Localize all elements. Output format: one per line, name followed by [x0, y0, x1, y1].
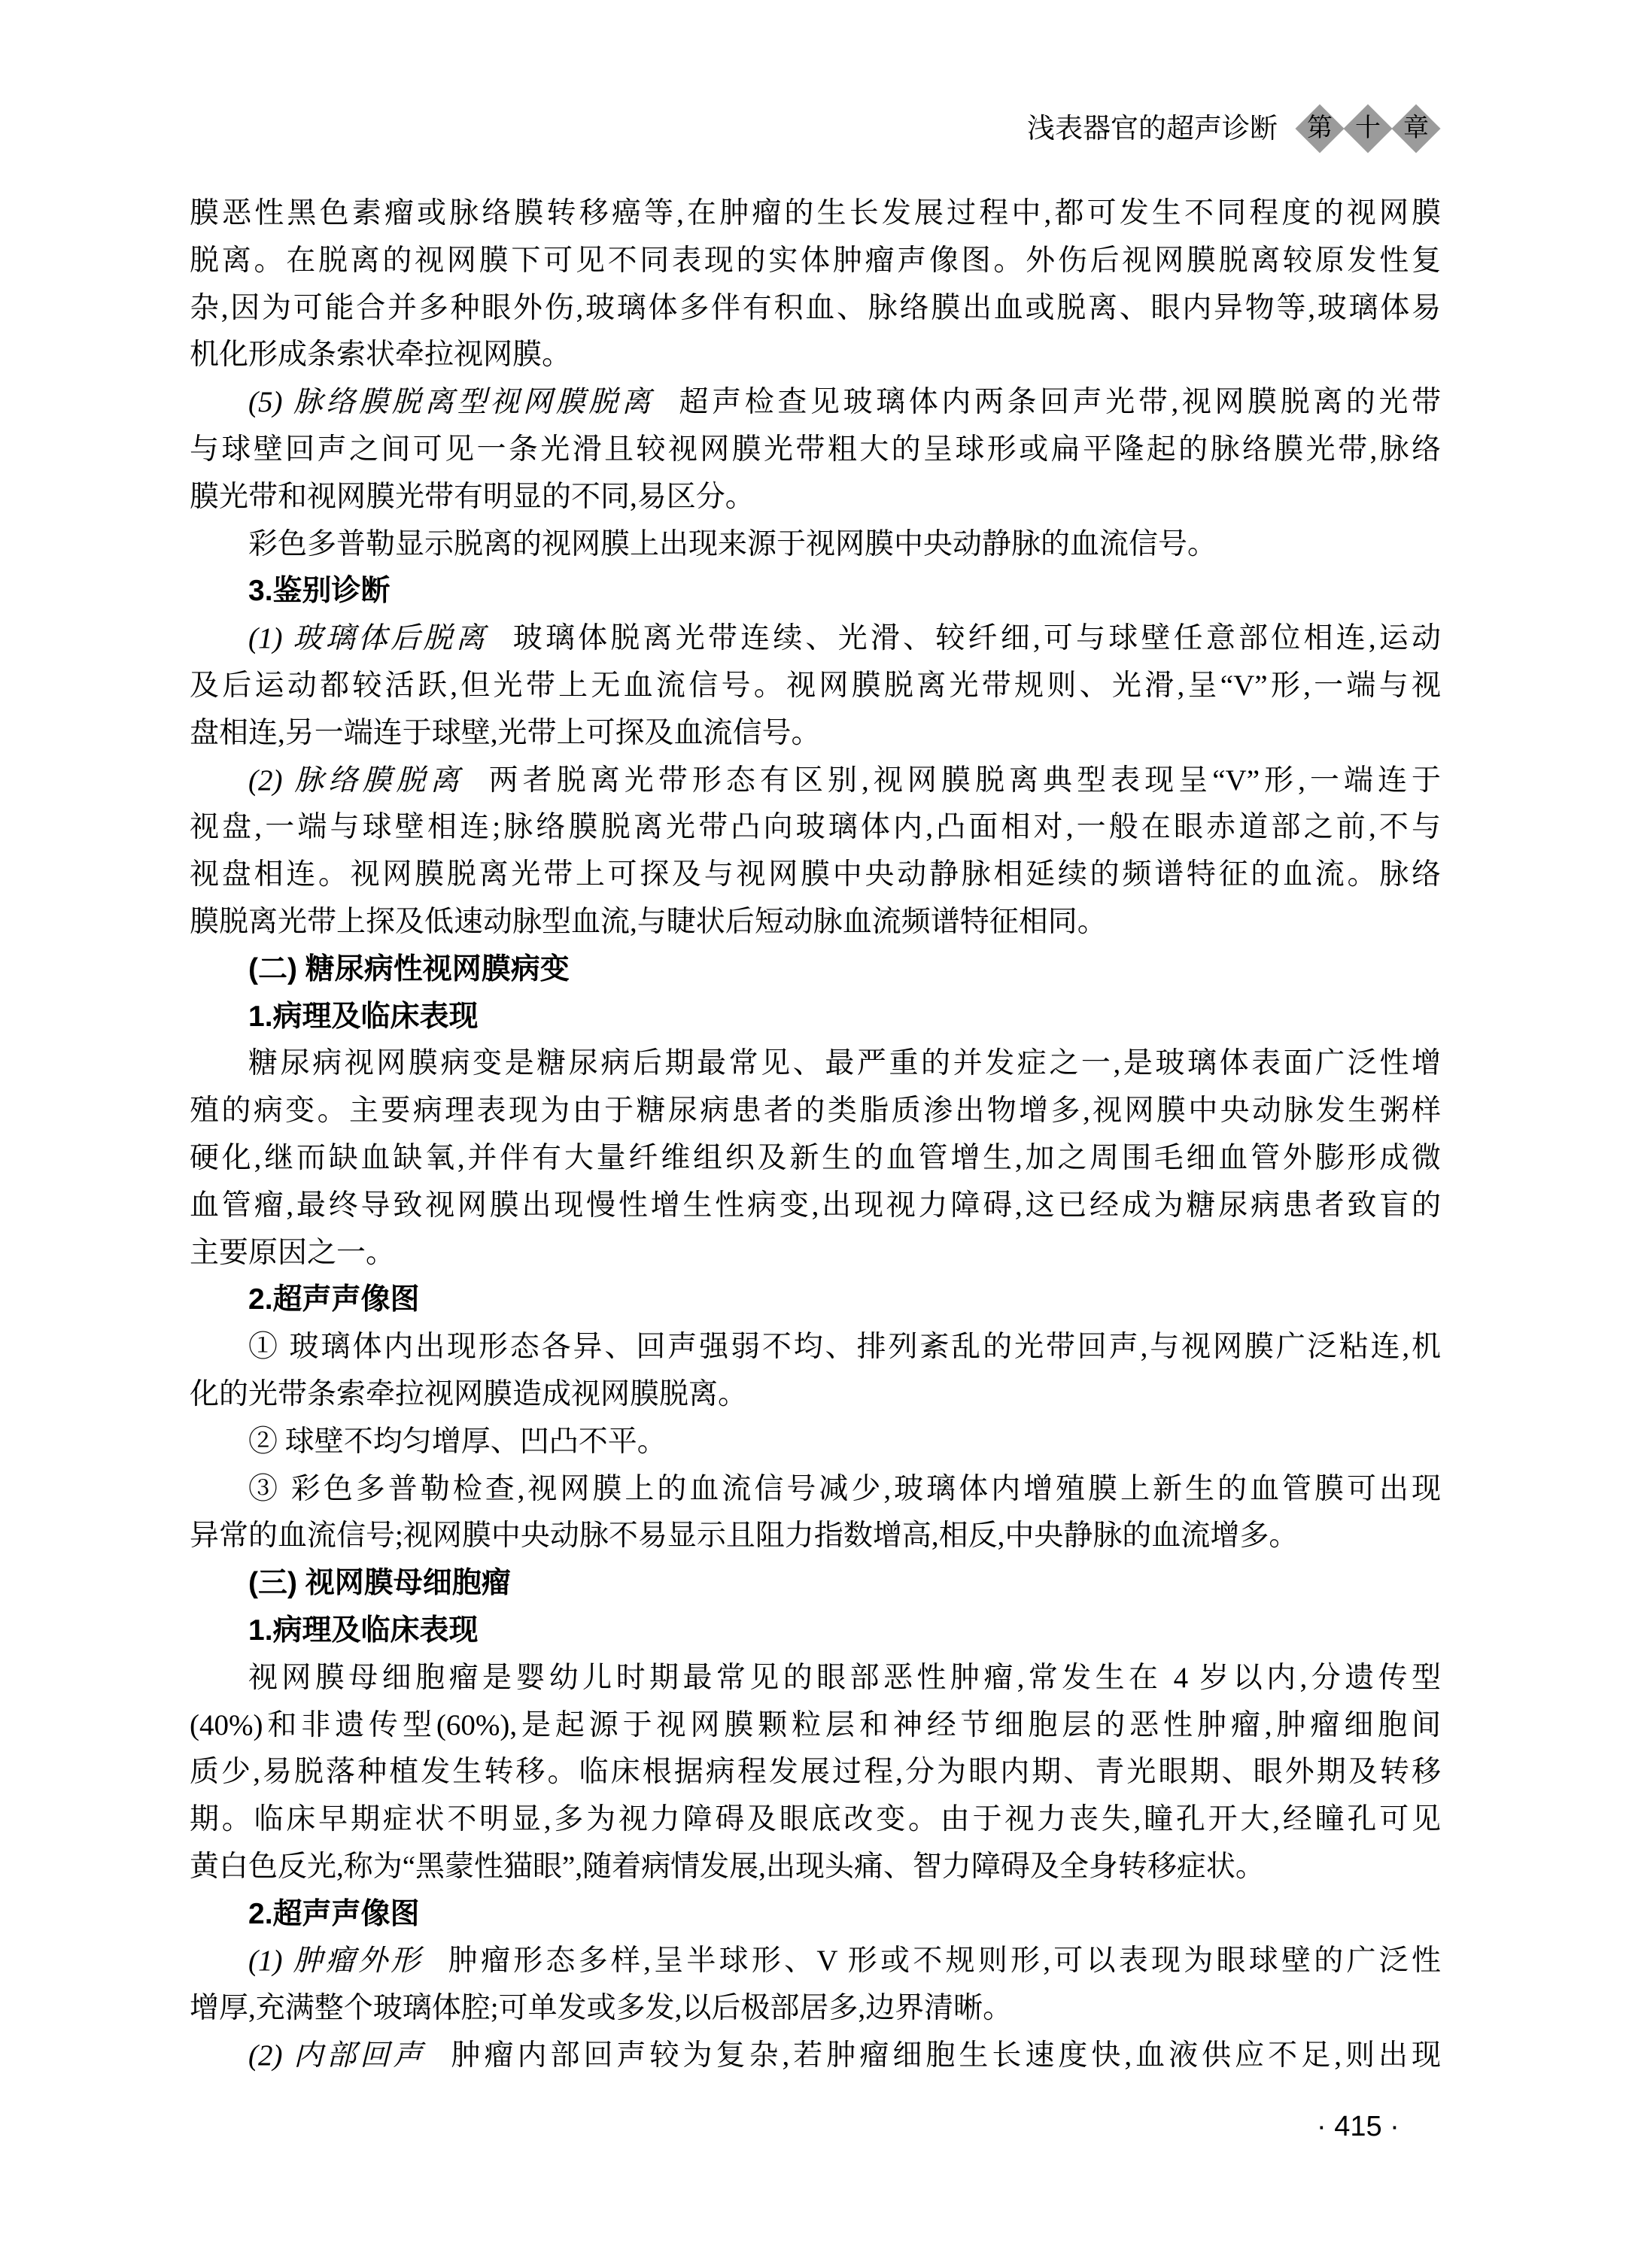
line-text: 1.病理及临床表现	[248, 1000, 479, 1033]
chapter-diamond-icon: 第	[1295, 104, 1344, 153]
text-line: 视盘相连。视网膜脱离光带上可探及与视网膜中央动静脉相延续的频谱特征的血流。脉络	[190, 852, 1441, 899]
line-text: 期。临床早期症状不明显,多为视力障碍及眼底改变。由于视力丧失,瞳孔开大,经瞳孔可…	[190, 1803, 1441, 1835]
line-text: 与球壁回声之间可见一条光滑且较视网膜光带粗大的呈球形或扁平隆起的脉络膜光带,脉络	[190, 433, 1441, 466]
text-line: 2.超声声像图	[190, 1277, 1441, 1324]
text-line: 1.病理及临床表现	[190, 1608, 1441, 1655]
paragraph-lead: (2) 脉络膜脱离	[248, 764, 463, 797]
text-line: (1) 肿瘤外形肿瘤形态多样,呈半球形、V 形或不规则形,可以表现为眼球壁的广泛…	[190, 1938, 1441, 1985]
chapter-diamond-char: 第	[1307, 116, 1333, 141]
line-text: 膜脱离光带上探及低速动脉型血流,与睫状后短动脉血流频谱特征相同。	[190, 906, 1107, 938]
line-text: 机化形成条索状牵拉视网膜。	[190, 339, 571, 371]
line-text: ③ 彩色多普勒检查,视网膜上的血流信号减少,玻璃体内增殖膜上新生的血管膜可出现	[248, 1473, 1441, 1505]
text-line: 主要原因之一。	[190, 1230, 1441, 1277]
running-head-title: 浅表器官的超声诊断	[1027, 113, 1278, 144]
paragraph-lead: (1) 玻璃体后脱离	[248, 622, 488, 654]
line-text: 杂,因为可能合并多种眼外伤,玻璃体多伴有积血、脉络膜出血或脱离、眼内异物等,玻璃…	[190, 292, 1441, 324]
text-line: (2) 脉络膜脱离两者脱离光带形态有区别,视网膜脱离典型表现呈“V”形,一端连于	[190, 758, 1441, 805]
text-line: 殖的病变。主要病理表现为由于糖尿病患者的类脂质渗出物增多,视网膜中央动脉发生粥样	[190, 1088, 1441, 1135]
line-text: 2.超声声像图	[248, 1898, 420, 1930]
body-text: 膜恶性黑色素瘤或脉络膜转移癌等,在肿瘤的生长发展过程中,都可发生不同程度的视网膜…	[190, 190, 1441, 2080]
text-line: 异常的血流信号;视网膜中央动脉不易显示且阻力指数增高,相反,中央静脉的血流增多。	[190, 1513, 1441, 1560]
text-line: 视盘,一端与球壁相连;脉络膜脱离光带凸向玻璃体内,凸面相对,一般在眼赤道部之前,…	[190, 804, 1441, 852]
line-text: 彩色多普勒显示脱离的视网膜上出现来源于视网膜中央动静脉的血流信号。	[248, 528, 1217, 560]
paragraph-lead: (5) 脉络膜脱离型视网膜脱离	[248, 386, 654, 418]
line-text: 化的光带条索牵拉视网膜造成视网膜脱离。	[190, 1378, 747, 1410]
line-text: 肿瘤形态多样,呈半球形、V 形或不规则形,可以表现为眼球壁的广泛性	[448, 1945, 1441, 1977]
chapter-diamond-char: 章	[1403, 116, 1429, 141]
line-text: 视盘相连。视网膜脱离光带上可探及与视网膜中央动静脉相延续的频谱特征的血流。脉络	[190, 858, 1441, 891]
line-text: 1.病理及临床表现	[248, 1614, 479, 1647]
text-line: 期。临床早期症状不明显,多为视力障碍及眼底改变。由于视力丧失,瞳孔开大,经瞳孔可…	[190, 1796, 1441, 1844]
text-line: (40%)和非遗传型(60%),是起源于视网膜颗粒层和神经节细胞层的恶性肿瘤,肿…	[190, 1702, 1441, 1750]
text-line: ② 球壁不均匀增厚、凹凸不平。	[190, 1419, 1441, 1466]
page-number: · 415 ·	[1317, 2111, 1400, 2143]
text-line: 化的光带条索牵拉视网膜造成视网膜脱离。	[190, 1371, 1441, 1419]
text-line: ① 玻璃体内出现形态各异、回声强弱不均、排列紊乱的光带回声,与视网膜广泛粘连,机	[190, 1324, 1441, 1371]
line-text: 盘相连,另一端连于球壁,光带上可探及血流信号。	[190, 717, 821, 749]
line-text: 硬化,继而缺血缺氧,并伴有大量纤维组织及新生的血管增生,加之周围毛细血管外膨形成…	[190, 1142, 1441, 1174]
line-text: ② 球壁不均匀增厚、凹凸不平。	[248, 1425, 667, 1458]
line-text: 质少,易脱落种植发生转移。临床根据病程发展过程,分为眼内期、青光眼期、眼外期及转…	[190, 1756, 1441, 1788]
text-line: 膜恶性黑色素瘤或脉络膜转移癌等,在肿瘤的生长发展过程中,都可发生不同程度的视网膜	[190, 190, 1441, 238]
text-line: 与球壁回声之间可见一条光滑且较视网膜光带粗大的呈球形或扁平隆起的脉络膜光带,脉络	[190, 427, 1441, 474]
line-text: 2.超声声像图	[248, 1283, 420, 1316]
line-text: 膜恶性黑色素瘤或脉络膜转移癌等,在肿瘤的生长发展过程中,都可发生不同程度的视网膜	[190, 197, 1441, 229]
text-line: (2) 内部回声肿瘤内部回声较为复杂,若肿瘤细胞生长速度快,血液供应不足,则出现	[190, 2033, 1441, 2080]
line-text: 脱离。在脱离的视网膜下可见不同表现的实体肿瘤声像图。外伤后视网膜脱离较原发性复	[190, 244, 1441, 277]
line-text: 玻璃体脱离光带连续、光滑、较纤细,可与球壁任意部位相连,运动	[513, 622, 1441, 654]
line-text: (40%)和非遗传型(60%),是起源于视网膜颗粒层和神经节细胞层的恶性肿瘤,肿…	[190, 1709, 1441, 1741]
line-text: 异常的血流信号;视网膜中央动脉不易显示且阻力指数增高,相反,中央静脉的血流增多。	[190, 1520, 1298, 1552]
line-text: 视盘,一端与球壁相连;脉络膜脱离光带凸向玻璃体内,凸面相对,一般在眼赤道部之前,…	[190, 811, 1441, 843]
text-line: 彩色多普勒显示脱离的视网膜上出现来源于视网膜中央动静脉的血流信号。	[190, 521, 1441, 569]
line-text: 视网膜母细胞瘤是婴幼儿时期最常见的眼部恶性肿瘤,常发生在 4 岁以内,分遗传型	[248, 1662, 1441, 1694]
line-text: 两者脱离光带形态有区别,视网膜脱离典型表现呈“V”形,一端连于	[489, 764, 1441, 797]
text-line: (1) 玻璃体后脱离玻璃体脱离光带连续、光滑、较纤细,可与球壁任意部位相连,运动	[190, 615, 1441, 663]
text-line: 及后运动都较活跃,但光带上无血流信号。视网膜脱离光带规则、光滑,呈“V”形,一端…	[190, 663, 1441, 710]
line-text: 糖尿病视网膜病变是糖尿病后期最常见、最严重的并发症之一,是玻璃体表面广泛性增	[248, 1047, 1441, 1079]
book-page: 浅表器官的超声诊断 第 十 章 膜恶性黑色素瘤或脉络膜转移癌等,在肿瘤的生长发展…	[0, 0, 1629, 2268]
paragraph-lead: (2) 内部回声	[248, 2039, 426, 2072]
line-text: 主要原因之一。	[190, 1237, 395, 1269]
line-text: 肿瘤内部回声较为复杂,若肿瘤细胞生长速度快,血液供应不足,则出现	[451, 2039, 1441, 2072]
text-line: 脱离。在脱离的视网膜下可见不同表现的实体肿瘤声像图。外伤后视网膜脱离较原发性复	[190, 238, 1441, 285]
line-text: 膜光带和视网膜光带有明显的不同,易区分。	[190, 481, 755, 513]
chapter-badge: 第 十 章	[1296, 105, 1440, 153]
line-text: 及后运动都较活跃,但光带上无血流信号。视网膜脱离光带规则、光滑,呈“V”形,一端…	[190, 669, 1441, 702]
line-text: 超声检查见玻璃体内两条回声光带,视网膜脱离的光带	[679, 386, 1441, 418]
text-line: 糖尿病视网膜病变是糖尿病后期最常见、最严重的并发症之一,是玻璃体表面广泛性增	[190, 1040, 1441, 1088]
text-line: (三) 视网膜母细胞瘤	[190, 1560, 1441, 1608]
line-text: 血管瘤,最终导致视网膜出现慢性增生性病变,出现视力障碍,这已经成为糖尿病患者致盲…	[190, 1189, 1441, 1222]
text-line: 硬化,继而缺血缺氧,并伴有大量纤维组织及新生的血管增生,加之周围毛细血管外膨形成…	[190, 1135, 1441, 1183]
text-line: 盘相连,另一端连于球壁,光带上可探及血流信号。	[190, 710, 1441, 758]
chapter-diamond-icon: 章	[1391, 104, 1440, 153]
line-text: 黄白色反光,称为“黑蒙性猫眼”,随着病情发展,出现头痛、智力障碍及全身转移症状。	[190, 1851, 1265, 1883]
chapter-diamond-icon: 十	[1343, 104, 1392, 153]
text-line: 视网膜母细胞瘤是婴幼儿时期最常见的眼部恶性肿瘤,常发生在 4 岁以内,分遗传型	[190, 1655, 1441, 1702]
text-line: (5) 脉络膜脱离型视网膜脱离超声检查见玻璃体内两条回声光带,视网膜脱离的光带	[190, 379, 1441, 427]
line-text: ① 玻璃体内出现形态各异、回声强弱不均、排列紊乱的光带回声,与视网膜广泛粘连,机	[248, 1331, 1441, 1363]
text-line: 血管瘤,最终导致视网膜出现慢性增生性病变,出现视力障碍,这已经成为糖尿病患者致盲…	[190, 1183, 1441, 1230]
text-line: 膜脱离光带上探及低速动脉型血流,与睫状后短动脉血流频谱特征相同。	[190, 899, 1441, 946]
line-text: 殖的病变。主要病理表现为由于糖尿病患者的类脂质渗出物增多,视网膜中央动脉发生粥样	[190, 1095, 1441, 1127]
line-text: 3.鉴别诊断	[248, 575, 391, 607]
paragraph-lead: (1) 肿瘤外形	[248, 1945, 423, 1977]
text-line: 黄白色反光,称为“黑蒙性猫眼”,随着病情发展,出现头痛、智力障碍及全身转移症状。	[190, 1844, 1441, 1891]
chapter-diamond-char: 十	[1355, 116, 1381, 141]
text-line: 膜光带和视网膜光带有明显的不同,易区分。	[190, 474, 1441, 521]
text-line: 杂,因为可能合并多种眼外伤,玻璃体多伴有积血、脉络膜出血或脱离、眼内异物等,玻璃…	[190, 285, 1441, 332]
text-line: 3.鉴别诊断	[190, 568, 1441, 615]
text-line: 增厚,充满整个玻璃体腔;可单发或多发,以后极部居多,边界清晰。	[190, 1985, 1441, 2033]
line-text: 增厚,充满整个玻璃体腔;可单发或多发,以后极部居多,边界清晰。	[190, 1992, 1012, 2024]
text-line: 2.超声声像图	[190, 1891, 1441, 1939]
text-line: 1.病理及临床表现	[190, 994, 1441, 1041]
text-line: (二) 糖尿病性视网膜病变	[190, 946, 1441, 994]
line-text: (三) 视网膜母细胞瘤	[248, 1567, 511, 1599]
line-text: (二) 糖尿病性视网膜病变	[248, 953, 570, 985]
text-line: 机化形成条索状牵拉视网膜。	[190, 332, 1441, 379]
text-line: ③ 彩色多普勒检查,视网膜上的血流信号减少,玻璃体内增殖膜上新生的血管膜可出现	[190, 1466, 1441, 1514]
text-line: 质少,易脱落种植发生转移。临床根据病程发展过程,分为眼内期、青光眼期、眼外期及转…	[190, 1749, 1441, 1796]
